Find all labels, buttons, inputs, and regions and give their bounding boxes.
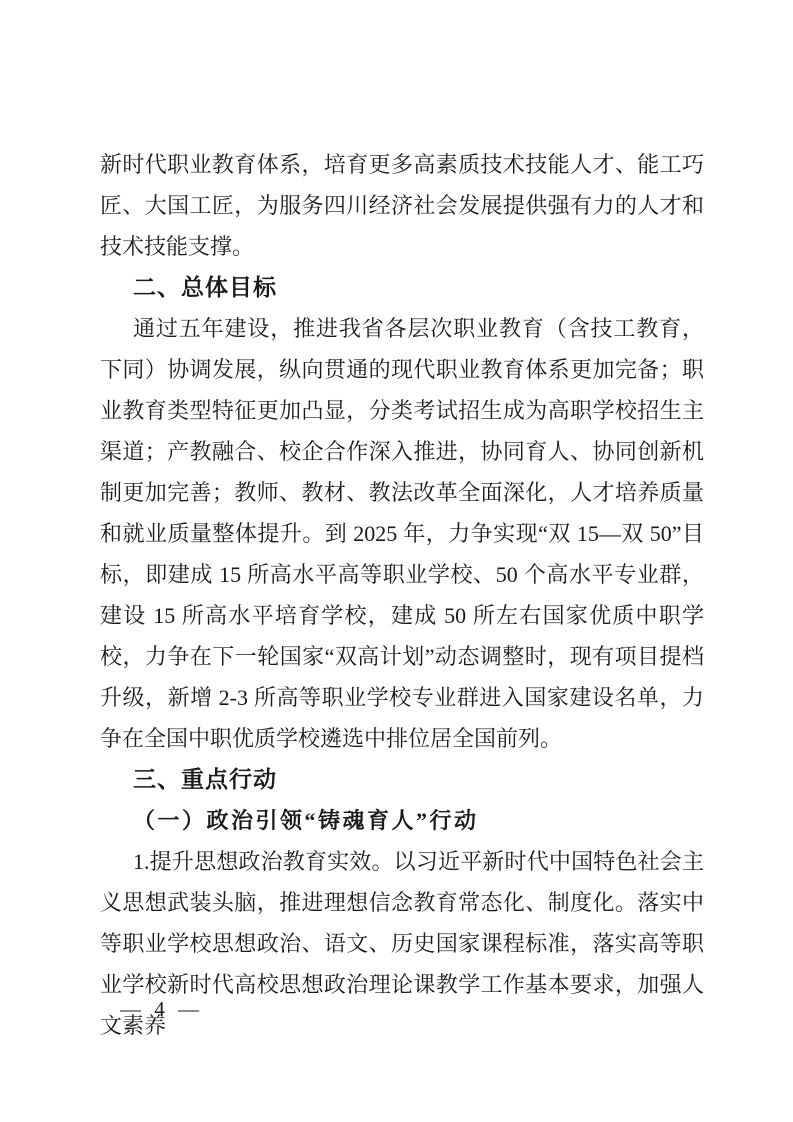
document-content: 新时代职业教育体系，培育更多高素质技术技能人才、能工巧匠、大国工匠，为服务四川经…	[100, 144, 704, 1046]
section-heading-key-actions: 三、重点行动	[100, 759, 704, 800]
subsection-heading-political-guidance: （一）政治引领“铸魂育人”行动	[100, 800, 704, 841]
document-page: 新时代职业教育体系，培育更多高素质技术技能人才、能工巧匠、大国工匠，为服务四川经…	[0, 0, 793, 1122]
section-heading-overall-goals: 二、总体目标	[100, 267, 704, 308]
paragraph-continuation: 新时代职业教育体系，培育更多高素质技术技能人才、能工巧匠、大国工匠，为服务四川经…	[100, 144, 704, 267]
page-number: — 4 —	[120, 995, 203, 1023]
paragraph-overall-goals: 通过五年建设，推进我省各层次职业教育（含技工教育，下同）协调发展，纵向贯通的现代…	[100, 308, 704, 759]
